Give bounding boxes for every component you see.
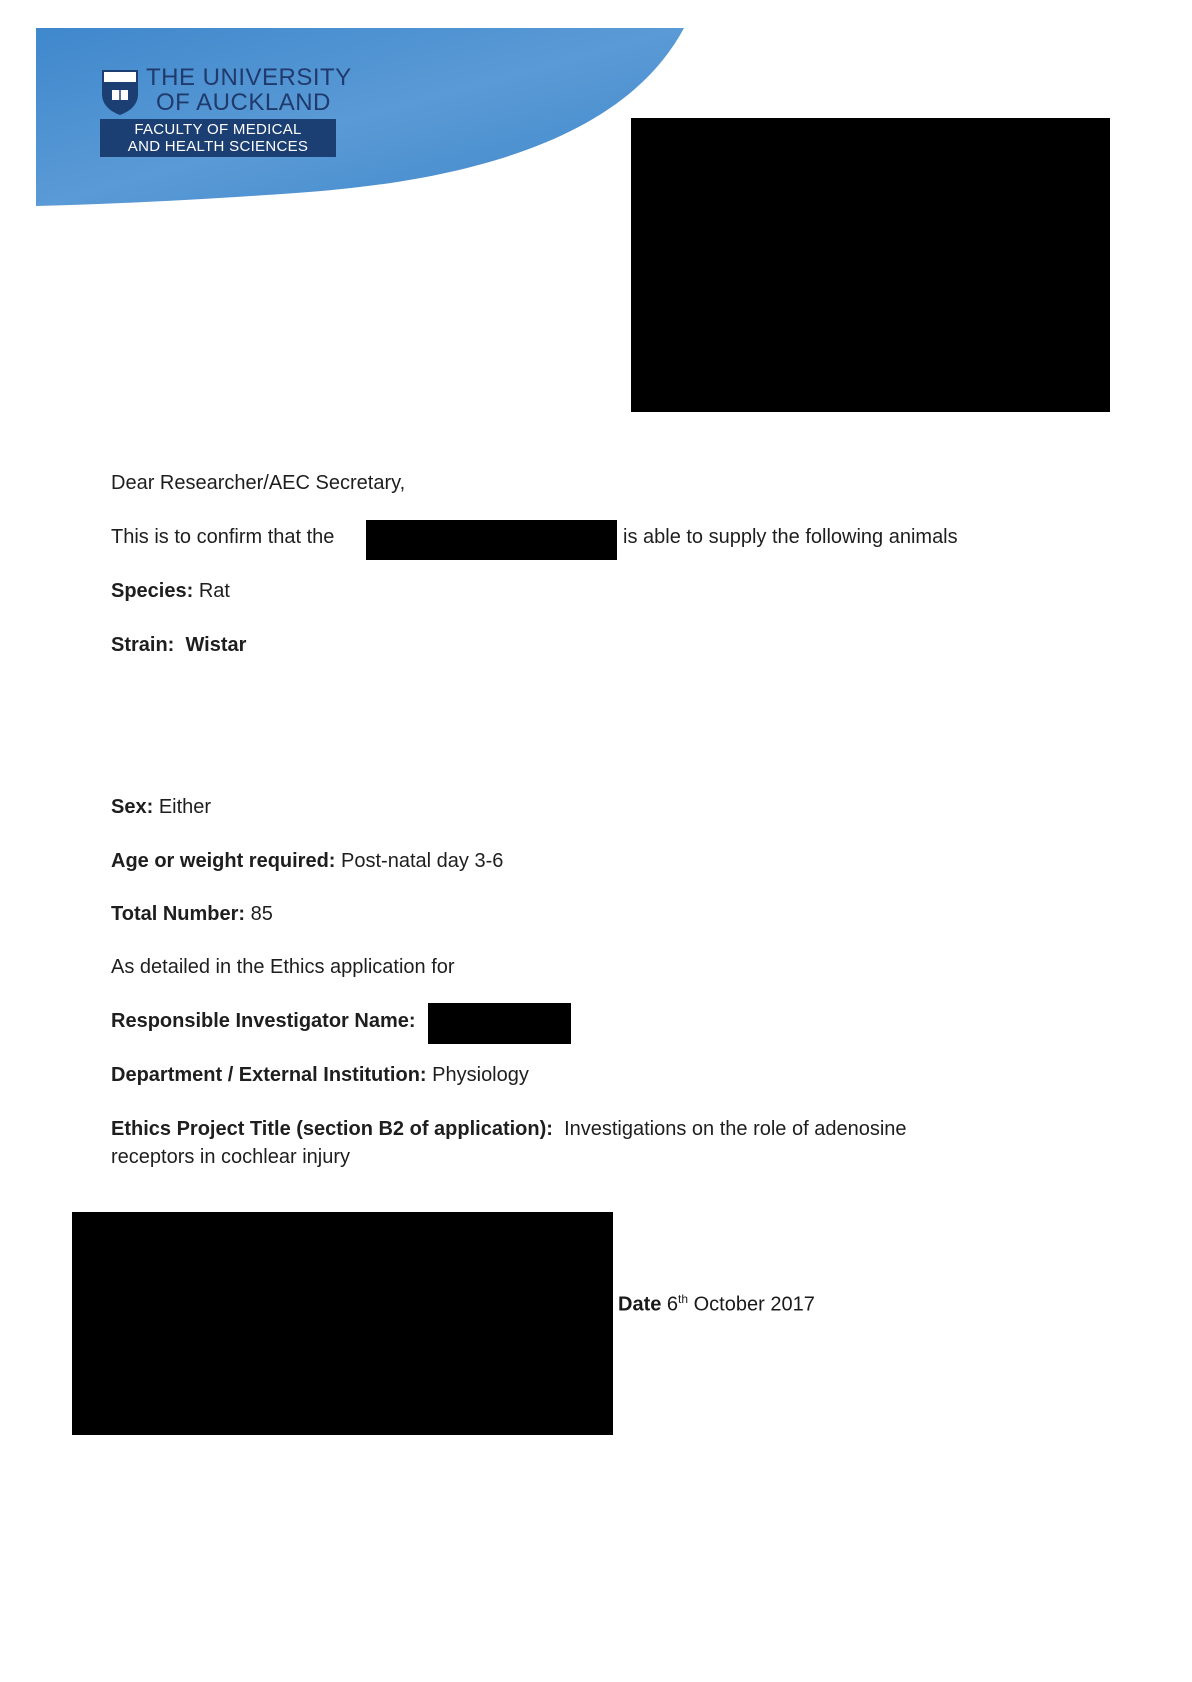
redacted-investigator-name bbox=[428, 1003, 571, 1044]
faculty-name: FACULTY OF MEDICAL AND HEALTH SCIENCES bbox=[100, 119, 336, 157]
age-field: Age or weight required: Post-natal day 3… bbox=[111, 850, 503, 873]
strain-value: Wistar bbox=[185, 634, 246, 656]
redacted-address-block bbox=[631, 118, 1110, 412]
faculty-line2: AND HEALTH SCIENCES bbox=[100, 138, 336, 155]
species-label: Species: bbox=[111, 580, 193, 602]
age-value: Post-natal day 3-6 bbox=[341, 850, 503, 872]
total-value: 85 bbox=[251, 903, 273, 925]
date-suffix: th bbox=[678, 1292, 688, 1306]
date-label: Date bbox=[618, 1294, 661, 1316]
project-title-value-line2: receptors in cochlear injury bbox=[111, 1146, 350, 1169]
project-title-label: Ethics Project Title (section B2 of appl… bbox=[111, 1118, 553, 1140]
letter-date: Date 6th October 2017 bbox=[618, 1292, 815, 1317]
sex-label: Sex: bbox=[111, 796, 153, 818]
university-name-line2: OF AUCKLAND bbox=[156, 89, 331, 117]
department-label: Department / External Institution: bbox=[111, 1064, 427, 1086]
confirm-suffix: is able to supply the following animals bbox=[623, 526, 958, 549]
confirm-prefix: This is to confirm that the bbox=[111, 526, 334, 549]
department-value: Physiology bbox=[432, 1064, 529, 1086]
letterhead-banner bbox=[36, 28, 684, 208]
sex-value: Either bbox=[159, 796, 211, 818]
total-number-field: Total Number: 85 bbox=[111, 903, 273, 926]
species-field: Species: Rat bbox=[111, 580, 230, 603]
sex-field: Sex: Either bbox=[111, 796, 211, 819]
project-title-field: Ethics Project Title (section B2 of appl… bbox=[111, 1118, 907, 1141]
age-label: Age or weight required: bbox=[111, 850, 335, 872]
salutation: Dear Researcher/AEC Secretary, bbox=[111, 472, 405, 495]
total-label: Total Number: bbox=[111, 903, 245, 925]
date-day: 6 bbox=[667, 1294, 678, 1316]
department-field: Department / External Institution: Physi… bbox=[111, 1064, 529, 1087]
strain-label: Strain: bbox=[111, 634, 174, 656]
redacted-signature-block bbox=[72, 1212, 613, 1435]
project-title-value-line1: Investigations on the role of adenosine bbox=[564, 1118, 906, 1140]
faculty-line1: FACULTY OF MEDICAL bbox=[100, 121, 336, 138]
investigator-label: Responsible Investigator Name: bbox=[111, 1010, 416, 1033]
crest-icon bbox=[100, 68, 140, 116]
ethics-intro: As detailed in the Ethics application fo… bbox=[111, 956, 455, 979]
date-rest: October 2017 bbox=[694, 1294, 815, 1316]
strain-field: Strain: Wistar bbox=[111, 634, 246, 657]
university-name-line1: THE UNIVERSITY bbox=[146, 64, 352, 92]
redacted-facility-name bbox=[366, 520, 617, 560]
species-value: Rat bbox=[199, 580, 230, 602]
